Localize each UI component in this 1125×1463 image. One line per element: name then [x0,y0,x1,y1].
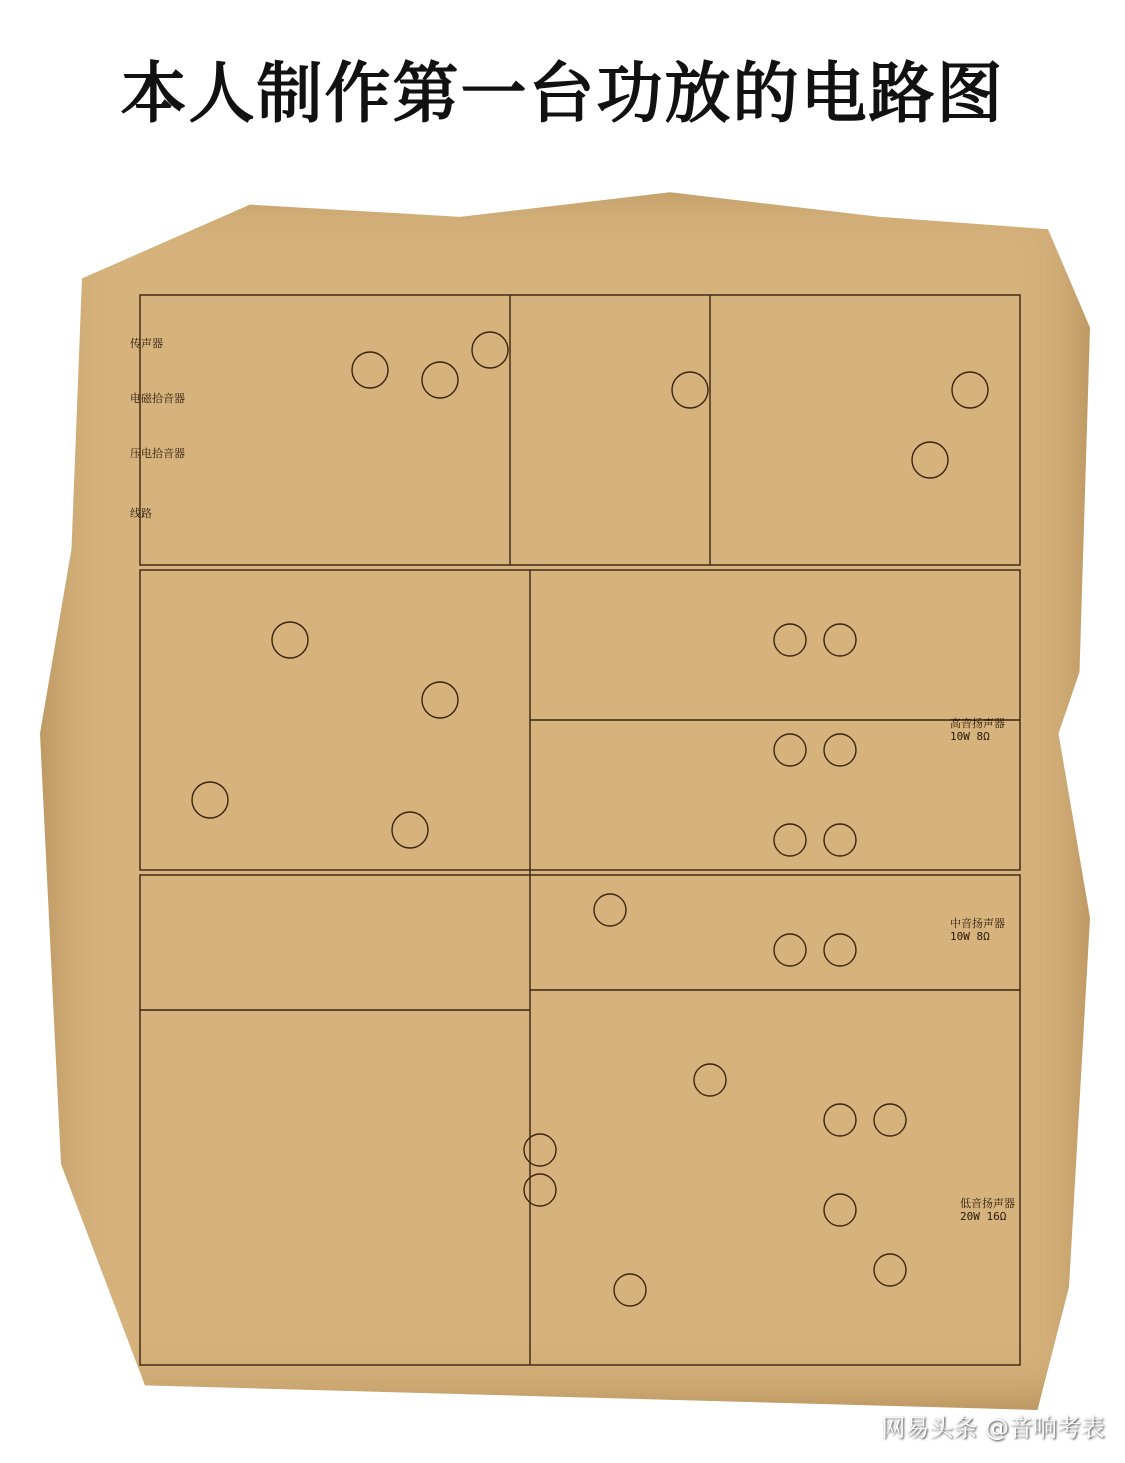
tweeter-spec: 10W 8Ω [950,730,990,743]
woofer-spec: 20W 16Ω [960,1210,1006,1223]
input-ck1-label: 传声器 [130,335,163,351]
midrange-spec: 10W 8Ω [950,930,990,943]
tweeter-label: 高音扬声器 [950,715,1005,731]
input-ck3-label: 压电拾音器 [130,445,185,461]
circuit-schematic [110,290,1040,1390]
input-ck2-label: 电磁拾音器 [130,390,185,406]
woofer-label: 低音扬声器 [960,1195,1015,1211]
watermark: 网易头条 @音响考表 [881,1408,1105,1443]
page-title: 本人制作第一台功放的电路图 [0,40,1125,135]
input-ck4-label: 线路 [130,505,152,521]
midrange-label: 中音扬声器 [950,915,1005,931]
